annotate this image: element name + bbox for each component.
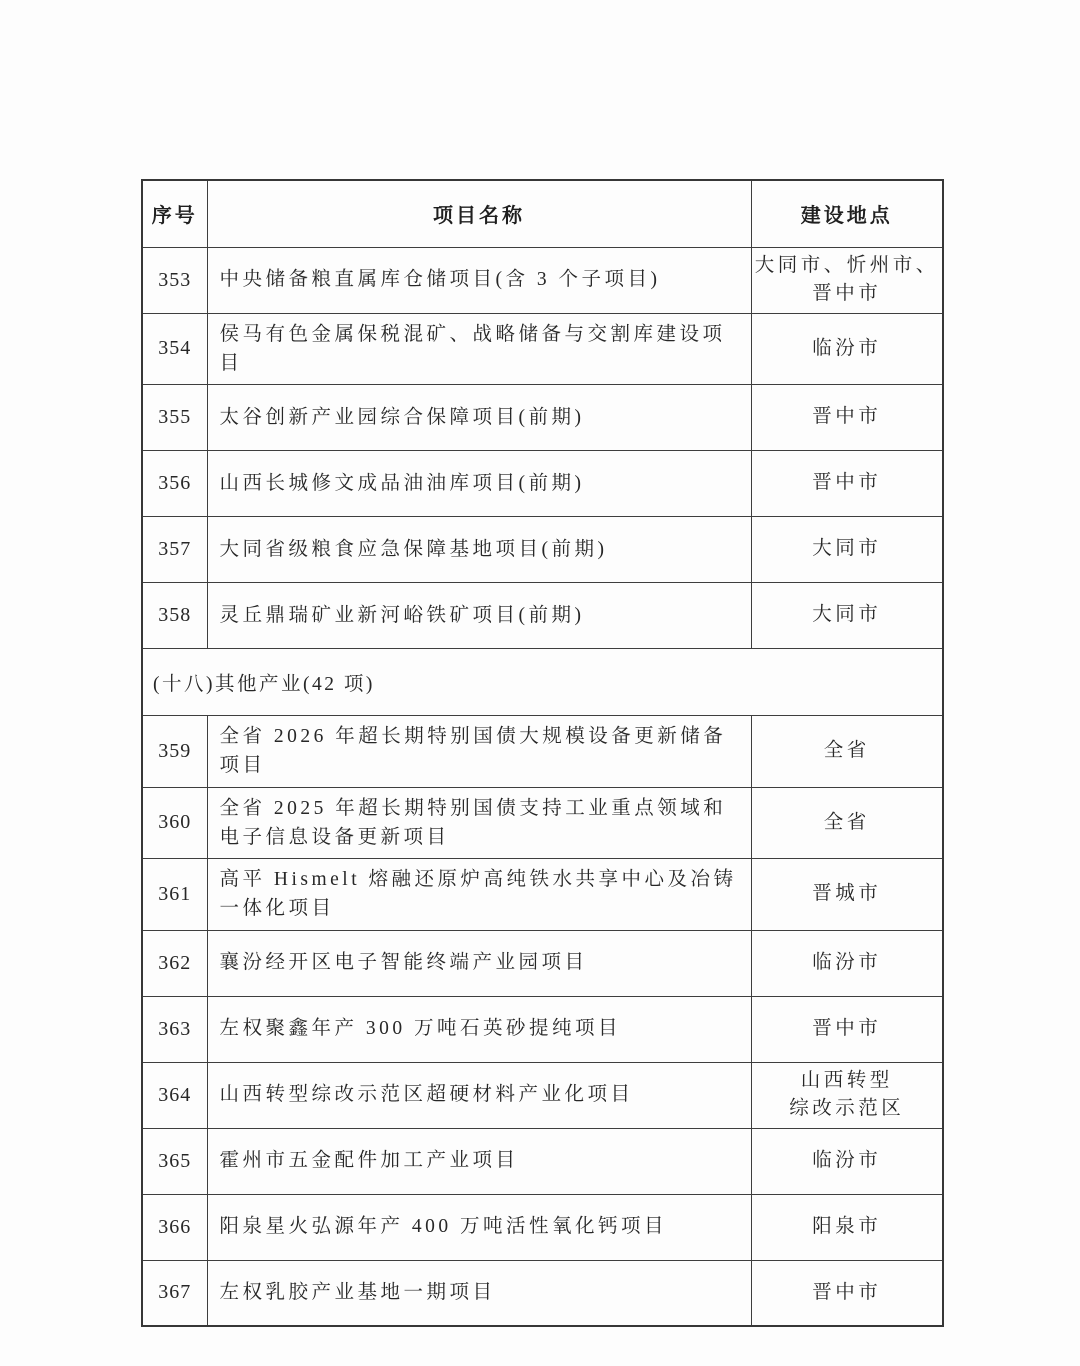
cell-serial-number: 365 <box>142 1128 207 1194</box>
cell-serial-number: 364 <box>142 1062 207 1128</box>
cell-project-name: 灵丘鼎瑞矿业新河峪铁矿项目(前期) <box>207 583 751 649</box>
cell-serial-number: 356 <box>142 451 207 517</box>
cell-location: 大同市、忻州市、 晋中市 <box>751 247 943 313</box>
table-row: 356 山西长城修文成品油油库项目(前期) 晋中市 <box>142 451 943 517</box>
cell-project-name: 山西转型综改示范区超硬材料产业化项目 <box>207 1062 751 1128</box>
cell-project-name: 大同省级粮食应急保障基地项目(前期) <box>207 517 751 583</box>
cell-project-name: 高平 Hismelt 熔融还原炉高纯铁水共享中心及冶铸一体化项目 <box>207 859 751 931</box>
cell-location: 晋城市 <box>751 859 943 931</box>
cell-project-name: 襄汾经开区电子智能终端产业园项目 <box>207 930 751 996</box>
header-serial-number: 序号 <box>142 180 207 247</box>
cell-location: 全省 <box>751 787 943 859</box>
table-row: 359 全省 2026 年超长期特别国债大规模设备更新储备项目 全省 <box>142 716 943 788</box>
table-row: 367 左权乳胶产业基地一期项目 晋中市 <box>142 1260 943 1326</box>
cell-serial-number: 366 <box>142 1194 207 1260</box>
cell-serial-number: 367 <box>142 1260 207 1326</box>
cell-project-name: 中央储备粮直属库仓储项目(含 3 个子项目) <box>207 247 751 313</box>
cell-serial-number: 353 <box>142 247 207 313</box>
table-row: 355 太谷创新产业园综合保障项目(前期) 晋中市 <box>142 385 943 451</box>
table-row: 365 霍州市五金配件加工产业项目 临汾市 <box>142 1128 943 1194</box>
table-row: 353 中央储备粮直属库仓储项目(含 3 个子项目) 大同市、忻州市、 晋中市 <box>142 247 943 313</box>
table-body: 353 中央储备粮直属库仓储项目(含 3 个子项目) 大同市、忻州市、 晋中市 … <box>142 247 943 1326</box>
cell-serial-number: 358 <box>142 583 207 649</box>
cell-location: 大同市 <box>751 583 943 649</box>
table-row: 361 高平 Hismelt 熔融还原炉高纯铁水共享中心及冶铸一体化项目 晋城市 <box>142 859 943 931</box>
cell-serial-number: 357 <box>142 517 207 583</box>
table-row: 360 全省 2025 年超长期特别国债支持工业重点领域和电子信息设备更新项目 … <box>142 787 943 859</box>
projects-table: 序号 项目名称 建设地点 353 中央储备粮直属库仓储项目(含 3 个子项目) … <box>141 179 944 1327</box>
table-row: 362 襄汾经开区电子智能终端产业园项目 临汾市 <box>142 930 943 996</box>
cell-serial-number: 361 <box>142 859 207 931</box>
cell-location: 晋中市 <box>751 1260 943 1326</box>
cell-location: 晋中市 <box>751 385 943 451</box>
cell-serial-number: 354 <box>142 313 207 385</box>
cell-location: 晋中市 <box>751 996 943 1062</box>
cell-serial-number: 359 <box>142 716 207 788</box>
cell-project-name: 霍州市五金配件加工产业项目 <box>207 1128 751 1194</box>
cell-location: 临汾市 <box>751 1128 943 1194</box>
cell-location: 阳泉市 <box>751 1194 943 1260</box>
cell-location: 全省 <box>751 716 943 788</box>
cell-project-name: 太谷创新产业园综合保障项目(前期) <box>207 385 751 451</box>
table-header: 序号 项目名称 建设地点 <box>142 180 943 247</box>
table-row: 363 左权聚鑫年产 300 万吨石英砂提纯项目 晋中市 <box>142 996 943 1062</box>
cell-location: 山西转型 综改示范区 <box>751 1062 943 1128</box>
table-row: 366 阳泉星火弘源年产 400 万吨活性氧化钙项目 阳泉市 <box>142 1194 943 1260</box>
cell-serial-number: 362 <box>142 930 207 996</box>
cell-serial-number: 355 <box>142 385 207 451</box>
cell-project-name: 阳泉星火弘源年产 400 万吨活性氧化钙项目 <box>207 1194 751 1260</box>
section-header-label: (十八)其他产业(42 项) <box>142 649 943 716</box>
table-row: 357 大同省级粮食应急保障基地项目(前期) 大同市 <box>142 517 943 583</box>
header-row: 序号 项目名称 建设地点 <box>142 180 943 247</box>
header-location: 建设地点 <box>751 180 943 247</box>
cell-location: 临汾市 <box>751 930 943 996</box>
cell-location: 晋中市 <box>751 451 943 517</box>
cell-location: 临汾市 <box>751 313 943 385</box>
cell-project-name: 左权乳胶产业基地一期项目 <box>207 1260 751 1326</box>
cell-project-name: 全省 2025 年超长期特别国债支持工业重点领域和电子信息设备更新项目 <box>207 787 751 859</box>
cell-serial-number: 363 <box>142 996 207 1062</box>
cell-serial-number: 360 <box>142 787 207 859</box>
cell-project-name: 山西长城修文成品油油库项目(前期) <box>207 451 751 517</box>
cell-location: 大同市 <box>751 517 943 583</box>
table-row: 364 山西转型综改示范区超硬材料产业化项目 山西转型 综改示范区 <box>142 1062 943 1128</box>
section-header-row: (十八)其他产业(42 项) <box>142 649 943 716</box>
table-row: 354 侯马有色金属保税混矿、战略储备与交割库建设项目 临汾市 <box>142 313 943 385</box>
cell-project-name: 侯马有色金属保税混矿、战略储备与交割库建设项目 <box>207 313 751 385</box>
table-row: 358 灵丘鼎瑞矿业新河峪铁矿项目(前期) 大同市 <box>142 583 943 649</box>
cell-project-name: 左权聚鑫年产 300 万吨石英砂提纯项目 <box>207 996 751 1062</box>
header-project-name: 项目名称 <box>207 180 751 247</box>
cell-project-name: 全省 2026 年超长期特别国债大规模设备更新储备项目 <box>207 716 751 788</box>
